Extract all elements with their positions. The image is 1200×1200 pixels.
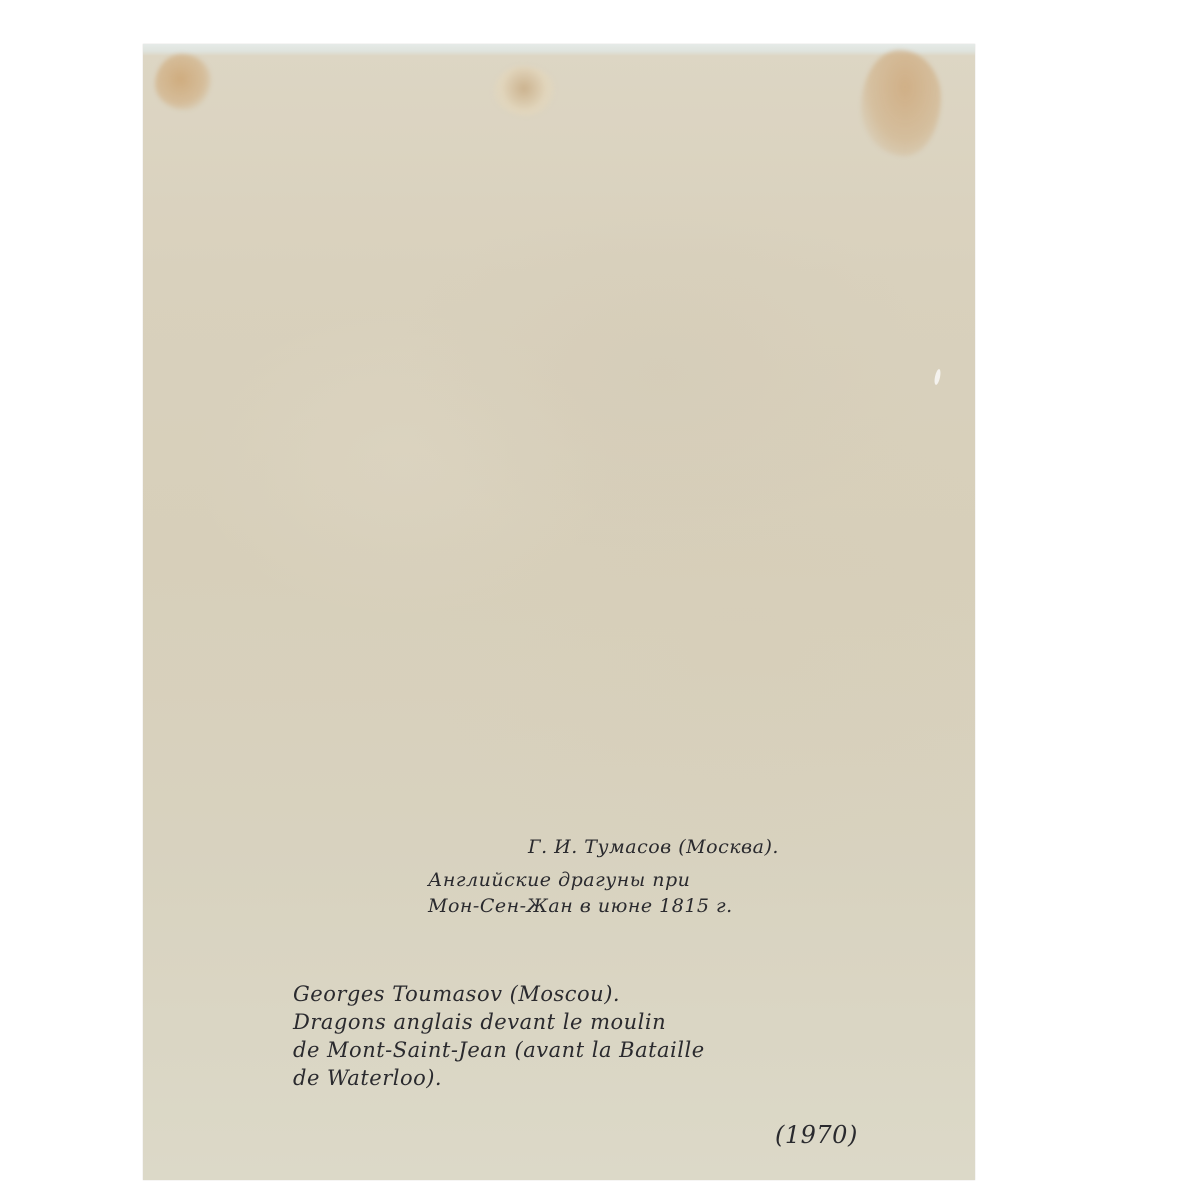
russian-inscription-title: Английские драгуны при Мон-Сен-Жан в июн…: [428, 867, 733, 919]
french-line-title-2: de Mont-Saint-Jean (avant la Bataille: [293, 1036, 705, 1064]
paper-scuff-mark: [933, 369, 941, 386]
french-line-artist: Georges Toumasov (Moscou).: [293, 980, 705, 1008]
glue-stain-left: [155, 54, 211, 110]
paper-top-edge: [143, 44, 975, 56]
russian-line-title-2: Мон-Сен-Жан в июне 1815 г.: [428, 893, 733, 919]
french-line-title-3: de Waterloo).: [293, 1064, 705, 1092]
glue-stain-right: [861, 50, 941, 156]
photo-background: Г. И. Тумасов (Москва). Английские драгу…: [0, 0, 1200, 1200]
french-line-title-1: Dragons anglais devant le moulin: [293, 1008, 705, 1036]
russian-inscription: Г. И. Тумасов (Москва).: [528, 834, 779, 860]
paper-sheet: Г. И. Тумасов (Москва). Английские драгу…: [143, 44, 975, 1180]
russian-line-artist: Г. И. Тумасов (Москва).: [528, 834, 779, 860]
date-note: (1970): [775, 1121, 858, 1149]
russian-line-title-1: Английские драгуны при: [428, 867, 733, 893]
glue-stain-center: [493, 66, 555, 116]
french-inscription: Georges Toumasov (Moscou). Dragons angla…: [293, 980, 705, 1092]
